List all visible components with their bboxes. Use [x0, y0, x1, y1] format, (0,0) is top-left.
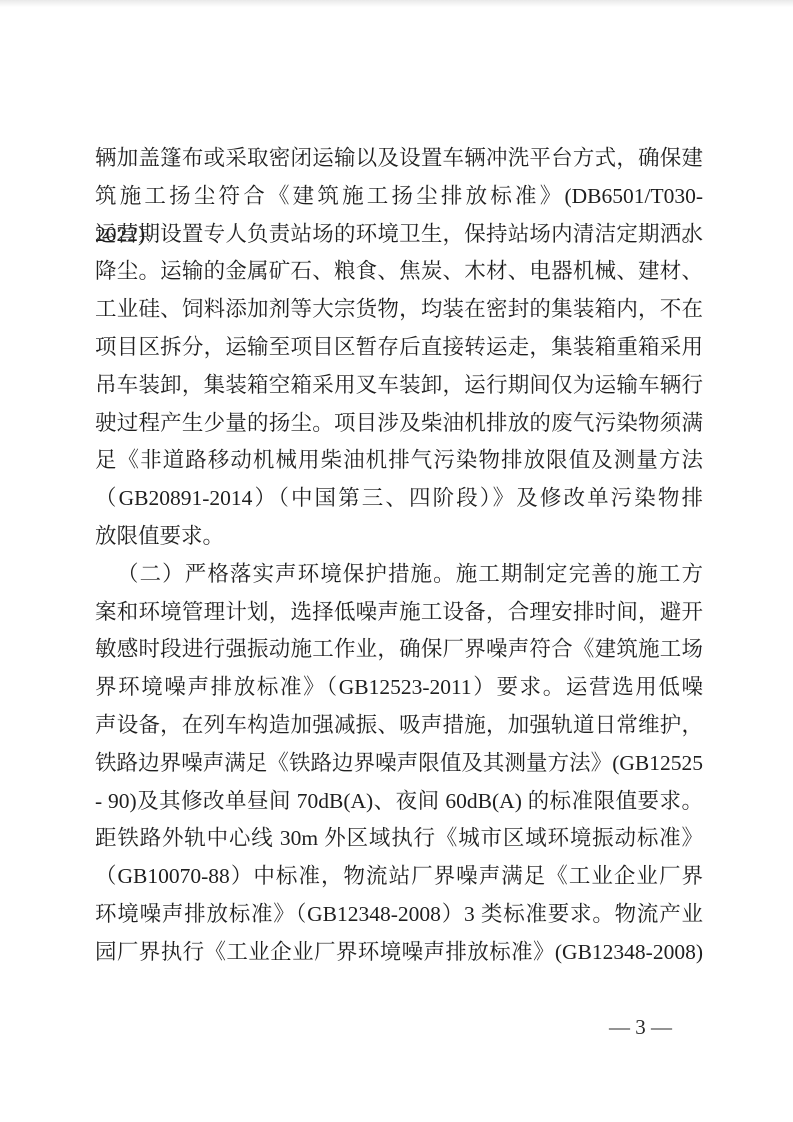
text-line: 项目区拆分，运输至项目区暂存后直接转运走，集装箱重箱采用: [95, 329, 703, 367]
paragraph-noise-control: （二）严格落实声环境保护措施。施工期制定完善的施工方 案和环境管理计划，选择低噪…: [95, 556, 703, 972]
text-line: 铁路边界噪声满足《铁路边界噪声限值及其测量方法》(GB12525: [95, 745, 703, 783]
scan-edge-artifact: [0, 0, 793, 7]
text-line: 声设备，在列车构造加强减振、吸声措施，加强轨道日常维护，: [95, 707, 703, 745]
text-line: 放限值要求。: [95, 518, 703, 556]
text-line: 降尘。运输的金属矿石、粮食、焦炭、木材、电器机械、建材、: [95, 253, 703, 291]
paragraph-dust-control: 辆加盖篷布或采取密闭运输以及设置车辆冲洗平台方式，确保建 筑施工扬尘符合《建筑施…: [95, 140, 703, 556]
document-body: 辆加盖篷布或采取密闭运输以及设置车辆冲洗平台方式，确保建 筑施工扬尘符合《建筑施…: [95, 140, 703, 972]
text-line: 园厂界执行《工业企业厂界环境噪声排放标准》(GB12348-2008): [95, 934, 703, 972]
text-line: 运营期设置专人负责站场的环境卫生，保持站场内清洁定期洒水: [95, 216, 703, 254]
text-line: 辆加盖篷布或采取密闭运输以及设置车辆冲洗平台方式，确保建: [95, 140, 703, 178]
text-line: - 90)及其修改单昼间 70dB(A)、夜间 60dB(A) 的标准限值要求。: [95, 783, 703, 821]
text-line: （GB10070-88）中标准，物流站厂界噪声满足《工业企业厂界: [95, 858, 703, 896]
text-line: 案和环境管理计划，选择低噪声施工设备，合理安排时间，避开: [95, 594, 703, 632]
text-line: （二）严格落实声环境保护措施。施工期制定完善的施工方: [95, 556, 703, 594]
text-line: 环境噪声排放标准》（GB12348-2008）3 类标准要求。物流产业: [95, 896, 703, 934]
text-line: 筑施工扬尘符合《建筑施工扬尘排放标准》(DB6501/T030-2022)。: [95, 178, 703, 216]
text-line: 驶过程产生少量的扬尘。项目涉及柴油机排放的废气污染物须满: [95, 405, 703, 443]
page-number: — 3 —: [609, 1015, 672, 1039]
text-line: 界环境噪声排放标准》（GB12523-2011）要求。运营选用低噪: [95, 669, 703, 707]
text-line: 足《非道路移动机械用柴油机排气污染物排放限值及测量方法: [95, 442, 703, 480]
text-line: 敏感时段进行强振动施工作业，确保厂界噪声符合《建筑施工场: [95, 631, 703, 669]
text-line: 距铁路外轨中心线 30m 外区域执行《城市区域环境振动标准》: [95, 820, 703, 858]
text-line: 工业硅、饲料添加剂等大宗货物，均装在密封的集装箱内，不在: [95, 291, 703, 329]
text-line: 吊车装卸，集装箱空箱采用叉车装卸，运行期间仅为运输车辆行: [95, 367, 703, 405]
document-page: 辆加盖篷布或采取密闭运输以及设置车辆冲洗平台方式，确保建 筑施工扬尘符合《建筑施…: [0, 0, 793, 1122]
text-line: （GB20891-2014）（中国第三、四阶段）》及修改单污染物排: [95, 480, 703, 518]
